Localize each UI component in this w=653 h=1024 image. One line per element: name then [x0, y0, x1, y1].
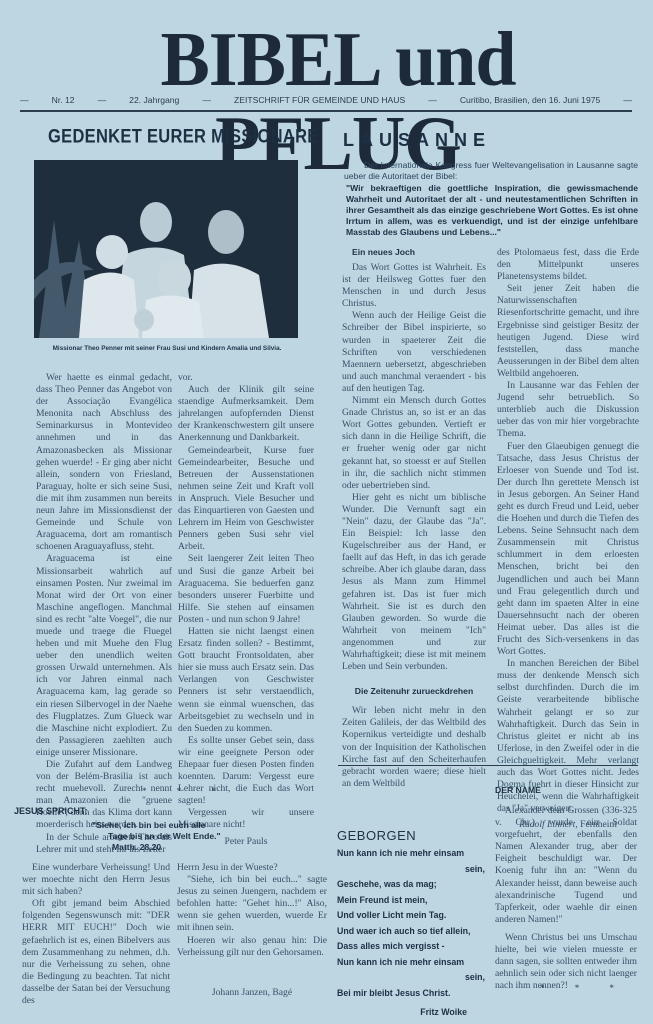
dash: — — [428, 95, 437, 105]
paragraph: Seit laengerer Zeit leiten Theo und Susi… — [178, 553, 314, 626]
paragraph: Wer haette es einmal gedacht, dass Theo … — [36, 372, 172, 553]
paragraph: Es sollte unser Gebet sein, dass wir ein… — [178, 735, 314, 808]
lausanne-quote: "Wir bekraeftigen die goettliche Inspira… — [346, 183, 638, 238]
paragraph: Herrn Jesu in der Wueste? — [177, 862, 327, 874]
paragraph: Nimmt ein Mensch durch Gottes Gnade Chri… — [342, 395, 486, 492]
paragraph: Araguacema ist eine Missionsarbeit wahrl… — [36, 553, 172, 759]
section-rule — [338, 765, 638, 766]
paragraph: Wir leben nicht mehr in den Zeiten Galil… — [342, 705, 486, 790]
photo-caption: Missionar Theo Penner mit seiner Frau Su… — [36, 344, 298, 353]
poem-line: Bei mir bleibt Jesus Christ. — [337, 986, 485, 1002]
dash: — — [202, 95, 211, 105]
poem-line: Mein Freund ist mein, — [337, 893, 485, 909]
headline-der-name: DER NAME — [495, 785, 541, 795]
verse-line: Tage bis an der Welt Ende." — [92, 831, 252, 842]
paragraph: Hatten sie nicht laengst einen Ersatz fi… — [178, 626, 314, 735]
lausanne-column-1: Das Wort Gottes ist Wahrheit. Es ist der… — [342, 262, 486, 790]
poem-line: Dass alles mich vergisst - — [337, 939, 485, 955]
jesus-column-1: Eine wunderbare Verheissung! Und wer moe… — [22, 862, 170, 1007]
paragraph: Oft gibt jemand beim Abschied folgenden … — [22, 898, 170, 1007]
paragraph: Hier geht es nicht um biblische Wunder. … — [342, 492, 486, 673]
poem-line: Nun kann ich nie mehr einsam — [337, 955, 485, 971]
poem-author: Fritz Woike — [337, 1005, 485, 1021]
subheading-neues-joch: Ein neues Joch — [352, 247, 415, 257]
bible-verse: "Siehe, ich bin bei euch alle Tage bis a… — [92, 820, 252, 853]
paragraph: des Ptolomaeus fest, dass die Erde den M… — [497, 247, 639, 283]
der-name-column: Alexander dem Grossen (336-325 v. Chr.) … — [495, 805, 637, 992]
poem-line: Und waer ich auch so tief allein, — [337, 924, 485, 940]
lausanne-column-2: des Ptolomaeus fest, dass die Erde den M… — [497, 247, 639, 832]
author-signature: Johann Janzen, Bagé — [177, 987, 327, 999]
paragraph: In Lausanne war das Fehlen der Jugend se… — [497, 380, 639, 440]
paragraph: Das Wort Gottes ist Wahrheit. Es ist der… — [342, 262, 486, 310]
paragraph: vor. — [178, 372, 314, 384]
poem-line: Geschehe, was da mag; — [337, 877, 485, 893]
jesus-column-2: Herrn Jesu in der Wueste? "Siehe, ich bi… — [177, 862, 327, 999]
photo-illustration — [34, 160, 298, 338]
dash: — — [20, 95, 29, 105]
headline-lausanne: LAUSANNE — [343, 130, 491, 151]
dash: — — [623, 95, 632, 105]
poem-line: Und voller Licht mein Tag. — [337, 908, 485, 924]
missionare-column-1: Wer haette es einmal gedacht, dass Theo … — [36, 372, 172, 856]
poem-line: Nun kann ich nie mehr einsam — [337, 846, 485, 862]
masthead-rule — [20, 110, 632, 112]
poem-line: sein, — [337, 970, 485, 986]
poem-body: Nun kann ich nie mehr einsam sein, Gesch… — [337, 846, 485, 1021]
poem-line: sein, — [337, 862, 485, 878]
masthead-info-line: — Nr. 12 — 22. Jahrgang — ZEITSCHRIFT FÜ… — [20, 95, 632, 105]
headline-missionare: GEDENKET EURER MISSIONARE — [48, 127, 319, 149]
place-date: Curitibo, Brasilien, den 16. Juni 1975 — [460, 95, 600, 105]
paragraph: "Siehe, ich bin bei euch..." sagte Jesus… — [177, 874, 327, 934]
verse-reference: Matth. 28,20 — [92, 842, 252, 853]
paragraph: Auch der Klinik gilt seine staendige Auf… — [178, 384, 314, 444]
paragraph: Hoeren wir also genau hin: Die Verheissu… — [177, 935, 327, 959]
headline-jesus-spricht: JESUS SPRICHT: — [14, 806, 88, 816]
volume: 22. Jahrgang — [129, 95, 179, 105]
lausanne-intro: Der Internationale Kongress fuer Welteva… — [344, 160, 638, 182]
family-photo — [34, 160, 298, 338]
issue-number: Nr. 12 — [52, 95, 75, 105]
section-separator-stars: * * * — [540, 983, 628, 993]
newspaper-page: BIBEL und PFLUG — Nr. 12 — 22. Jahrgang … — [0, 0, 653, 1024]
paragraph: Fuer den Glaeubigen genuegt die Tatsache… — [497, 441, 639, 659]
paragraph: Seit jener Zeit haben die Naturwissensch… — [497, 283, 639, 380]
paragraph: Alexander dem Grossen (336-325 v. Chr.) … — [495, 805, 637, 926]
paragraph: Wenn auch der Heilige Geist die Schreibe… — [342, 310, 486, 395]
missionare-column-2: vor. Auch der Klinik gilt seine staendig… — [178, 372, 314, 848]
dash: — — [98, 95, 107, 105]
subheading-zeitenuhr: Die Zeitenuhr zurueckdrehen — [342, 685, 486, 697]
verse-line: "Siehe, ich bin bei euch alle — [92, 820, 252, 831]
paragraph: Eine wunderbare Verheissung! Und wer moe… — [22, 862, 170, 898]
publication-subtitle: ZEITSCHRIFT FÜR GEMEINDE UND HAUS — [234, 95, 405, 105]
section-separator-stars: * * * — [142, 786, 230, 796]
paragraph: Gemeindearbeit, Kurse fuer Gemeindearbei… — [178, 445, 314, 554]
poem-title: GEBORGEN — [337, 828, 416, 843]
